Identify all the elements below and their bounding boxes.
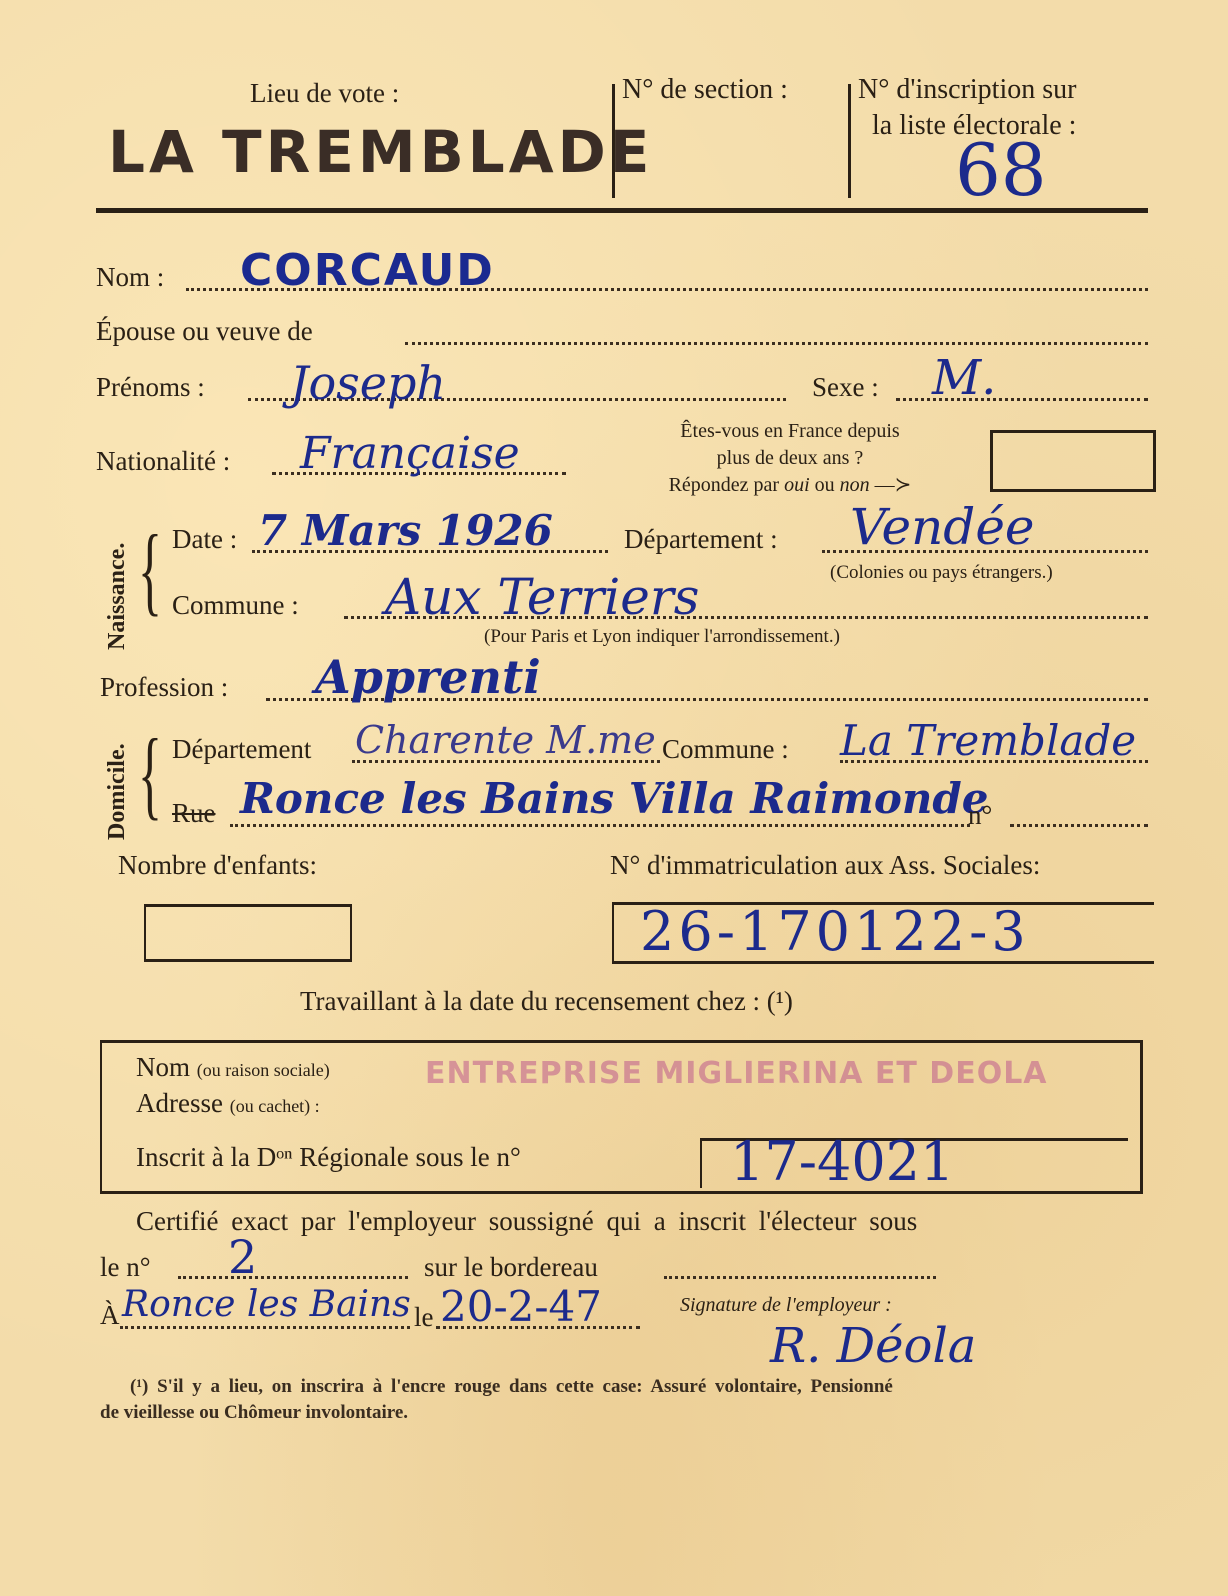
immatriculation-label: N° d'immatriculation aux Ass. Sociales: xyxy=(610,850,1040,881)
question-non: non xyxy=(840,474,870,496)
section-label: N° de section : xyxy=(622,74,788,106)
employer-signature[interactable]: R. Déola xyxy=(770,1318,976,1374)
domicile-departement-field[interactable]: Charente M.me xyxy=(355,718,656,762)
residence-question: Êtes-vous en France depuis plus de deux … xyxy=(620,418,960,499)
profession-label: Profession : xyxy=(100,672,228,703)
question-line-3: Répondez par oui ou non —≻ xyxy=(620,472,960,499)
employer-adresse-text: Adresse xyxy=(136,1088,223,1118)
signature-label: Signature de l'employeur : xyxy=(680,1294,892,1317)
domicile-commune-field[interactable]: La Tremblade xyxy=(840,716,1136,765)
domicile-commune-label: Commune : xyxy=(662,734,789,765)
domicile-rue-label: Rue xyxy=(172,798,216,829)
employer-nom-hint: (ou raison sociale) xyxy=(197,1060,330,1080)
domicile-numero-label: n° xyxy=(968,800,992,831)
arrow-right-icon: —≻ xyxy=(875,474,912,496)
section-field[interactable] xyxy=(630,120,830,190)
employer-stamp[interactable]: ENTREPRISE MIGLIERINA ET DEOLA xyxy=(425,1056,1048,1091)
employer-adresse-label: Adresse (ou cachet) : xyxy=(136,1088,320,1119)
naissance-brace: { xyxy=(138,520,162,620)
sexe-label: Sexe : xyxy=(812,372,879,403)
le-date-label: le xyxy=(414,1302,434,1333)
enfants-label: Nombre d'enfants: xyxy=(118,850,317,881)
nationalite-label: Nationalité : xyxy=(96,446,230,477)
inscription-label-1: N° d'inscription sur xyxy=(858,74,1076,106)
employer-heading: Travaillant à la date du recensement che… xyxy=(300,986,793,1017)
epouse-field[interactable] xyxy=(405,342,1148,345)
a-field[interactable]: Ronce les Bains xyxy=(122,1284,411,1325)
domicile-departement-label: Département xyxy=(172,734,311,765)
naissance-commune-label: Commune : xyxy=(172,590,299,621)
naissance-departement-label: Département : xyxy=(624,524,778,555)
employer-nom-text: Nom xyxy=(136,1052,190,1082)
domicile-numero-field[interactable] xyxy=(1010,824,1148,827)
header-rule xyxy=(96,208,1148,213)
employer-nom-label: Nom (ou raison sociale) xyxy=(136,1052,330,1083)
nom-field[interactable]: CORCAUD xyxy=(240,245,495,296)
naissance-departement-field[interactable]: Vendée xyxy=(850,498,1035,556)
le-no-field[interactable]: 2 xyxy=(228,1230,257,1284)
domicile-brace: { xyxy=(138,724,162,824)
lieu-de-vote-stamp: LA TREMBLADE xyxy=(108,118,653,186)
epouse-label: Épouse ou veuve de xyxy=(96,316,313,347)
immatriculation-field[interactable]: 26-170122-3 xyxy=(640,900,1030,963)
naissance-section-label: Naissance. xyxy=(104,530,131,650)
naissance-date-label: Date : xyxy=(172,524,237,555)
employer-inscrit-field[interactable]: 17-4021 xyxy=(730,1130,954,1193)
inscription-number[interactable]: 68 xyxy=(955,128,1047,212)
commune-hint: (Pour Paris et Lyon indiquer l'arrondiss… xyxy=(484,626,840,648)
prenoms-label: Prénoms : xyxy=(96,372,205,403)
sexe-field[interactable]: M. xyxy=(932,350,996,406)
bordereau-label: sur le bordereau xyxy=(424,1252,598,1283)
le-no-label: le n° xyxy=(100,1252,151,1283)
prenoms-field[interactable]: Joseph xyxy=(290,356,446,410)
question-line-2: plus de deux ans ? xyxy=(620,445,960,472)
departement-hint: (Colonies ou pays étrangers.) xyxy=(830,562,1053,584)
profession-field[interactable]: Apprenti xyxy=(315,650,541,704)
employer-adresse-hint: (ou cachet) : xyxy=(230,1096,320,1116)
a-dotted-line xyxy=(120,1326,410,1329)
header-divider-1 xyxy=(612,84,615,198)
lieu-de-vote-label: Lieu de vote : xyxy=(250,78,399,109)
inscrit-box-left xyxy=(700,1140,702,1188)
residence-answer-box[interactable] xyxy=(990,430,1156,492)
naissance-date-field[interactable]: 7 Mars 1926 xyxy=(258,506,553,555)
header-divider-2 xyxy=(848,84,851,198)
question-line-1: Êtes-vous en France depuis xyxy=(620,418,960,445)
domicile-rue-field[interactable]: Ronce les Bains Villa Raimonde xyxy=(240,774,988,823)
nom-label: Nom : xyxy=(96,262,164,293)
nationalite-field[interactable]: Française xyxy=(300,428,520,479)
domicile-rue-dotted-line xyxy=(230,824,970,827)
employer-inscrit-label: Inscrit à la Dᵒⁿ Régionale sous le n° xyxy=(136,1142,521,1173)
certification-date-field[interactable]: 20-2-47 xyxy=(440,1282,602,1331)
question-text: Répondez par xyxy=(669,474,785,496)
le-no-dotted-line xyxy=(178,1276,408,1279)
enfants-box[interactable] xyxy=(144,904,352,962)
footnote-line-1: (¹) S'il y a lieu, on inscrira à l'encre… xyxy=(130,1376,1160,1398)
domicile-section-label: Domicile. xyxy=(104,730,131,840)
question-oui: oui xyxy=(784,474,810,496)
bordereau-field[interactable] xyxy=(664,1276,936,1279)
question-ou: ou xyxy=(810,474,840,496)
footnote-line-2: de vieillesse ou Chômeur involontaire. xyxy=(100,1402,408,1424)
a-label: À xyxy=(100,1300,120,1331)
naissance-commune-field[interactable]: Aux Terriers xyxy=(385,568,699,626)
